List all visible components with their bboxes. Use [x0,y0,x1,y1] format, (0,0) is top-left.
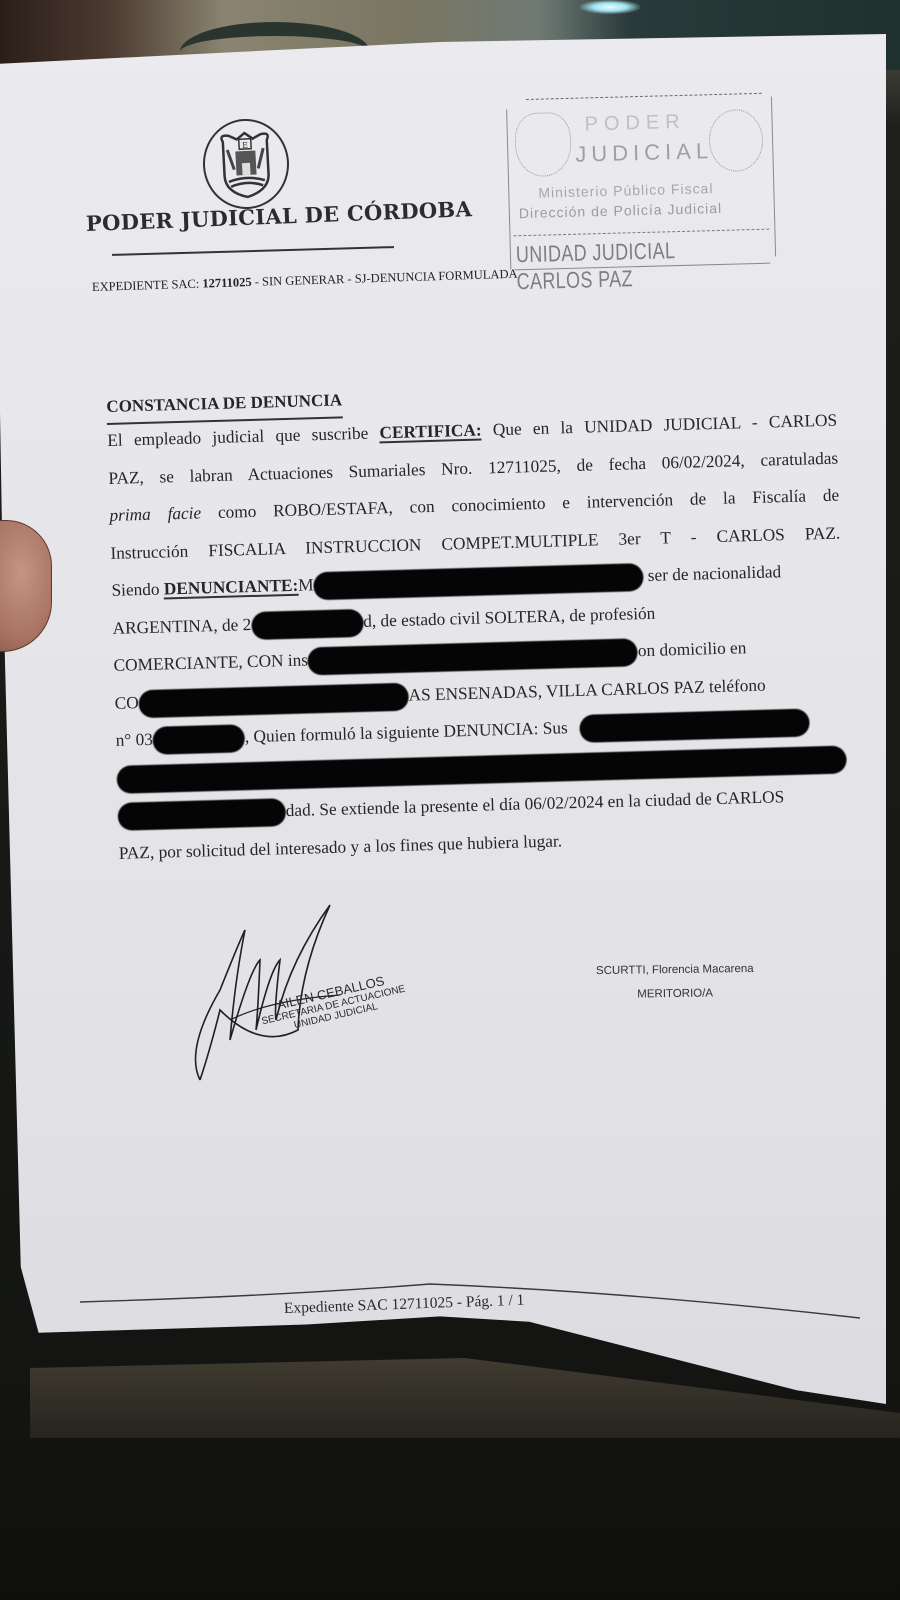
redaction-mark [117,798,286,831]
stamp-emblem-right-icon [708,109,764,172]
stamp-line-1: PODER [584,111,686,137]
redaction-mark [313,563,644,600]
document-body: CONSTANCIA DE DENUNCIA El empleado judic… [106,372,849,872]
expediente-header: EXPEDIENTE SAC: 12711025 - SIN GENERAR -… [92,267,518,295]
stamp-line-3: Ministerio Público Fiscal [538,180,714,201]
organization-name: PODER JUDICIAL DE CÓRDOBA [86,196,473,236]
redaction-mark [308,638,639,675]
redaction-mark [138,682,409,718]
expediente-label: EXPEDIENTE SAC: [92,277,203,294]
denunciante-label: DENUNCIANTE: [164,577,299,600]
redaction-mark [579,709,810,743]
cordoba-coat-of-arms-icon: E [201,117,292,211]
redaction-mark [153,724,246,755]
organization-underline [112,246,394,256]
expediente-number: 12711025 [202,275,252,291]
holding-thumb [0,520,52,652]
signer-role: MERITORIO/A [560,980,790,1007]
official-stamp: PODER JUDICIAL Ministerio Público Fiscal… [506,87,777,270]
stamp-emblem-left-icon [514,112,572,177]
expediente-status: - SIN GENERAR - SJ-DENUNCIA FORMULADA [251,267,517,289]
stamp-line-5: UNIDAD JUDICIAL CARLOS PAZ [516,236,720,295]
signer-block: SCURTTI, Florencia Macarena MERITORIO/A [560,956,791,1007]
document: E PODER JUDICIAL DE CÓRDOBA EXPEDIENTE S… [0,0,900,1600]
svg-text:E: E [242,141,248,150]
certifica-label: CERTIFICA: [379,422,482,444]
stamp-line-4: Dirección de Policía Judicial [519,200,723,221]
redaction-mark [251,608,364,639]
stamp-line-2: JUDICIAL [575,138,713,168]
signer-name: SCURTTI, Florencia Macarena [560,956,790,983]
